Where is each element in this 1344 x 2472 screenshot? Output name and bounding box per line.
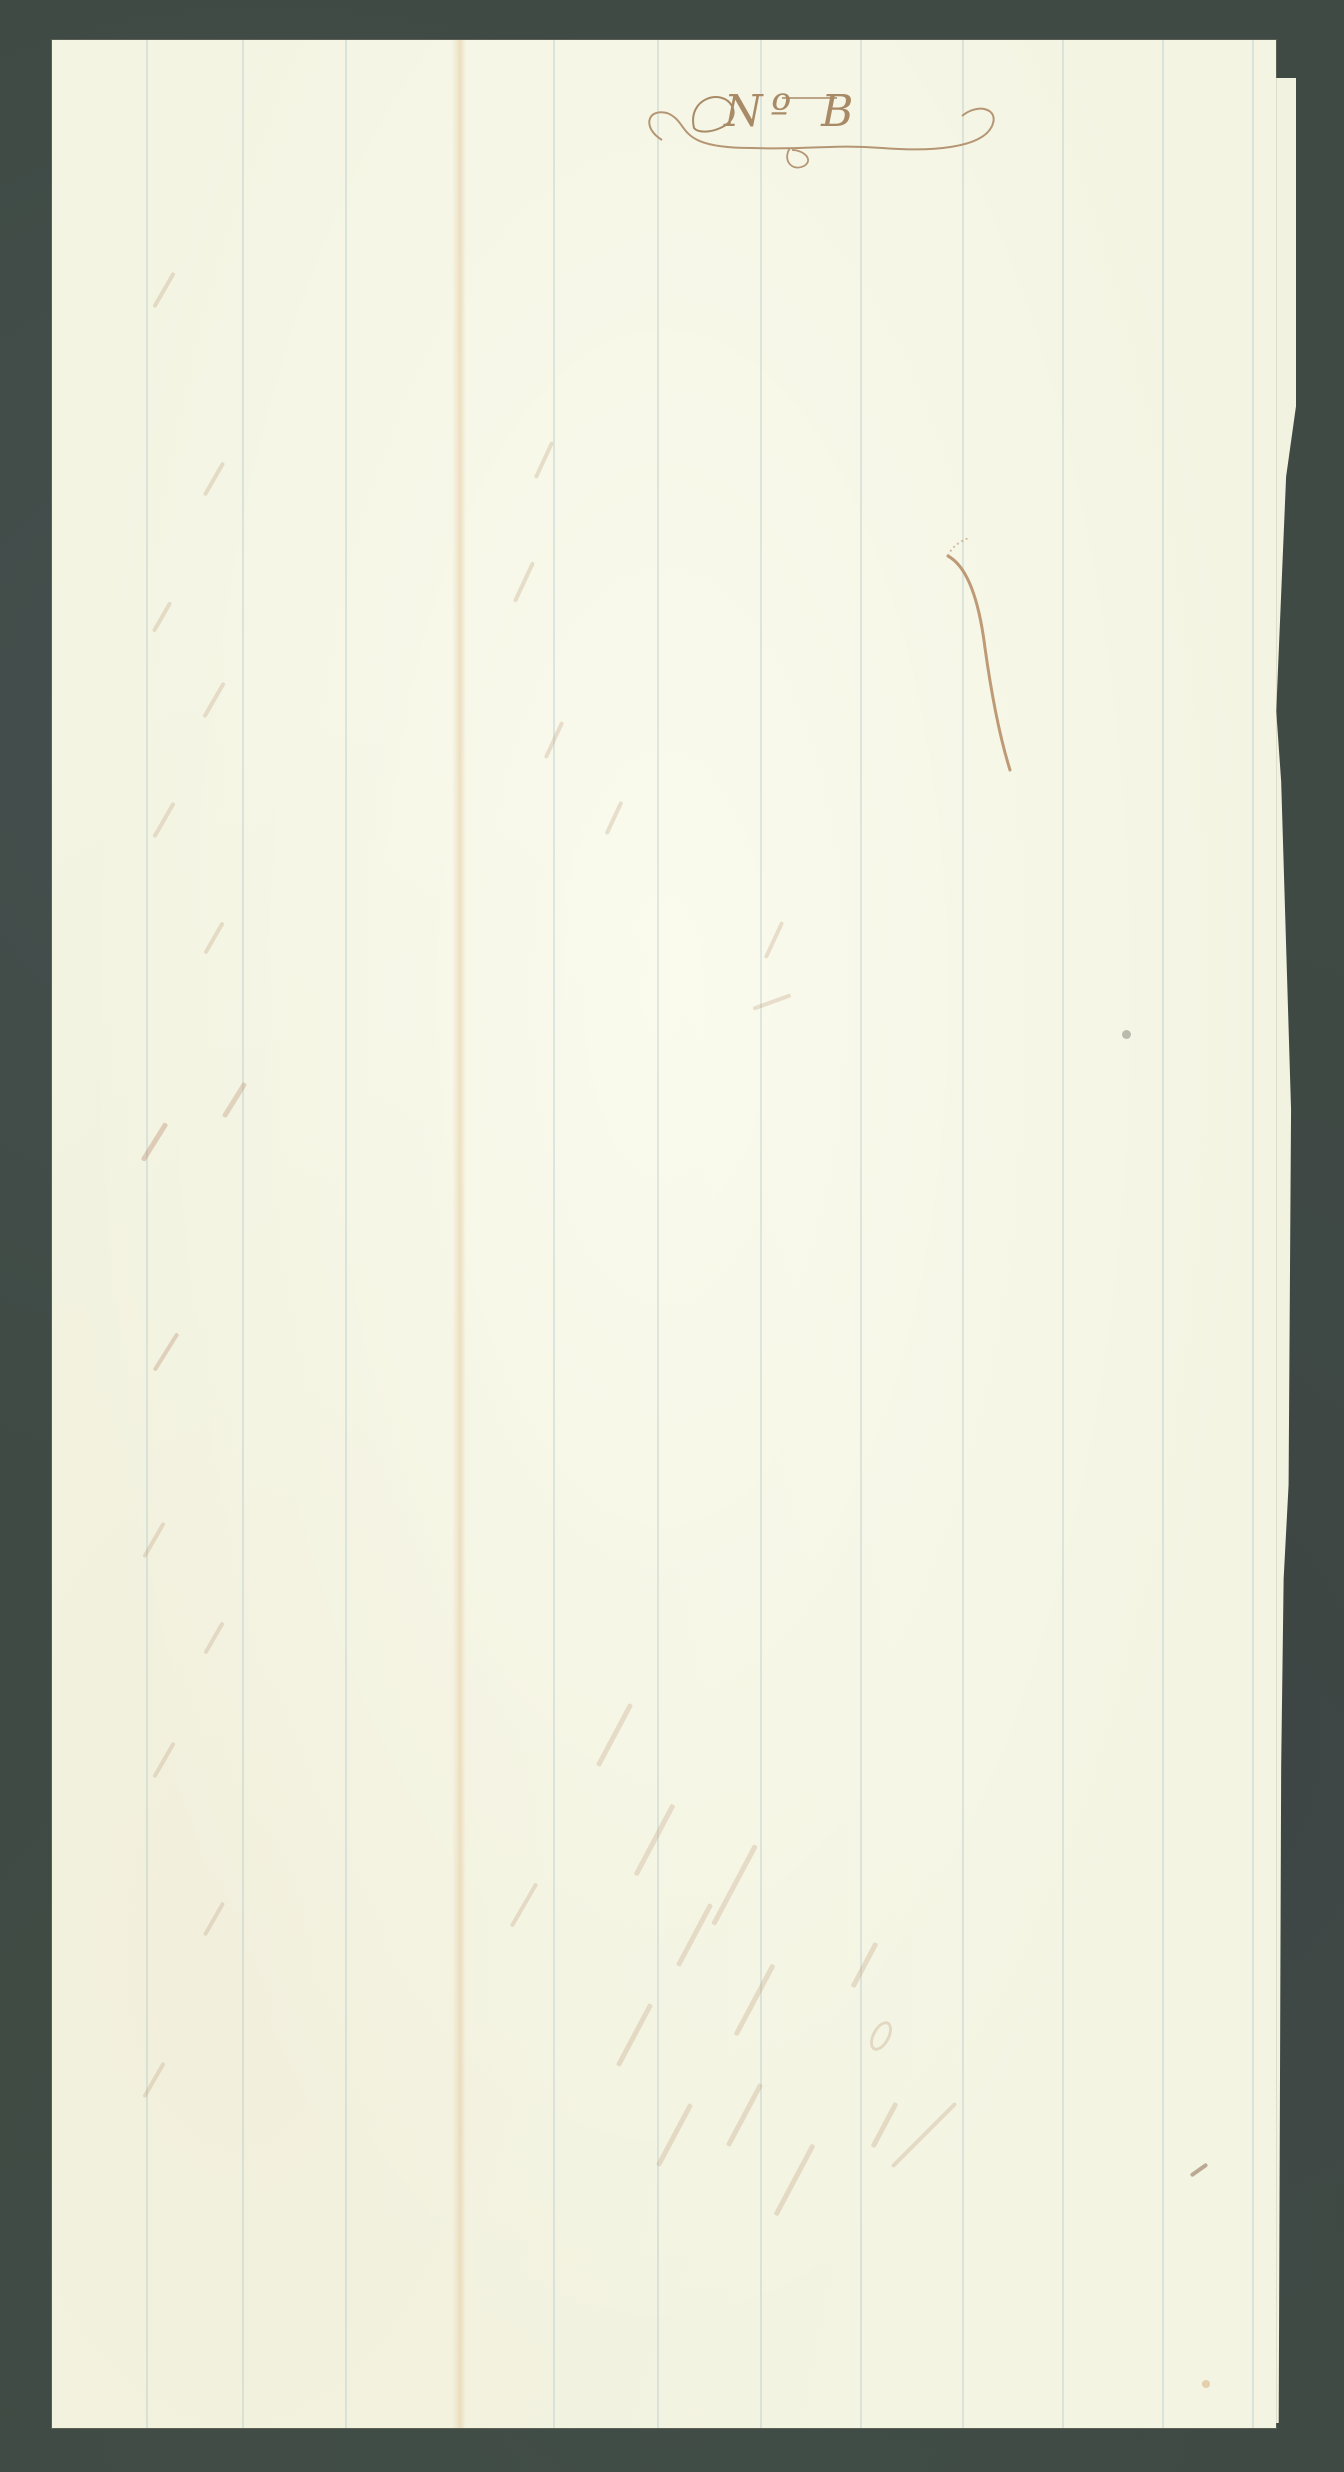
bleed-through-mark (605, 801, 624, 835)
bleed-through-mark (152, 601, 172, 632)
bleed-through-mark (202, 682, 225, 719)
ink-mark (1190, 2163, 1209, 2178)
bleed-through-mark (656, 2103, 693, 2167)
bleed-through-mark (871, 2102, 899, 2148)
ruled-line (1162, 40, 1164, 2428)
bleed-through-mark (851, 1942, 879, 1988)
document-heading: Nº B (632, 68, 1022, 178)
fiber-stain-icon (940, 538, 1020, 778)
fold-crease (452, 40, 466, 2428)
bleed-through-mark (711, 1844, 758, 1926)
bleed-through-mark (203, 1902, 225, 1937)
bleed-through-mark (866, 2018, 897, 2055)
ruled-line (962, 40, 964, 2428)
heading-text: Nº B (724, 86, 862, 137)
bleed-through-mark (152, 272, 175, 309)
ruled-line (146, 40, 148, 2428)
bleed-through-mark (203, 1621, 224, 1654)
ruled-line (242, 40, 244, 2428)
ruled-line (860, 40, 862, 2428)
ruled-line (345, 40, 347, 2428)
bleed-through-mark (141, 1122, 169, 1162)
bleed-through-mark (152, 1742, 175, 1779)
bleed-through-mark (203, 462, 225, 497)
bleed-through-mark (596, 1703, 633, 1767)
ruled-line (657, 40, 659, 2428)
bleed-through-mark (510, 1882, 538, 1927)
bleed-through-mark (734, 1964, 776, 2037)
document-page: Nº B (52, 40, 1276, 2428)
bleed-through-mark (764, 921, 785, 959)
ink-spot (1122, 1030, 1131, 1039)
bleed-through-mark (726, 2083, 763, 2147)
bleed-through-mark (534, 441, 555, 479)
bleed-through-mark (153, 1332, 180, 1371)
bleed-through-mark (676, 1903, 713, 1967)
bleed-through-mark (634, 1804, 676, 1877)
bleed-through-mark (774, 2144, 816, 2217)
bleed-through-mark (513, 561, 535, 603)
bleed-through-mark (203, 921, 224, 954)
bleed-through-mark (753, 993, 792, 1010)
ruled-line (1252, 40, 1254, 2428)
bleed-through-mark (152, 802, 175, 839)
ruled-line (1062, 40, 1064, 2428)
ruled-line (760, 40, 762, 2428)
bleed-through-mark (616, 2003, 653, 2067)
ruled-line (553, 40, 555, 2428)
stain-spot (1202, 2380, 1210, 2388)
bleed-through-mark (891, 2102, 957, 2168)
